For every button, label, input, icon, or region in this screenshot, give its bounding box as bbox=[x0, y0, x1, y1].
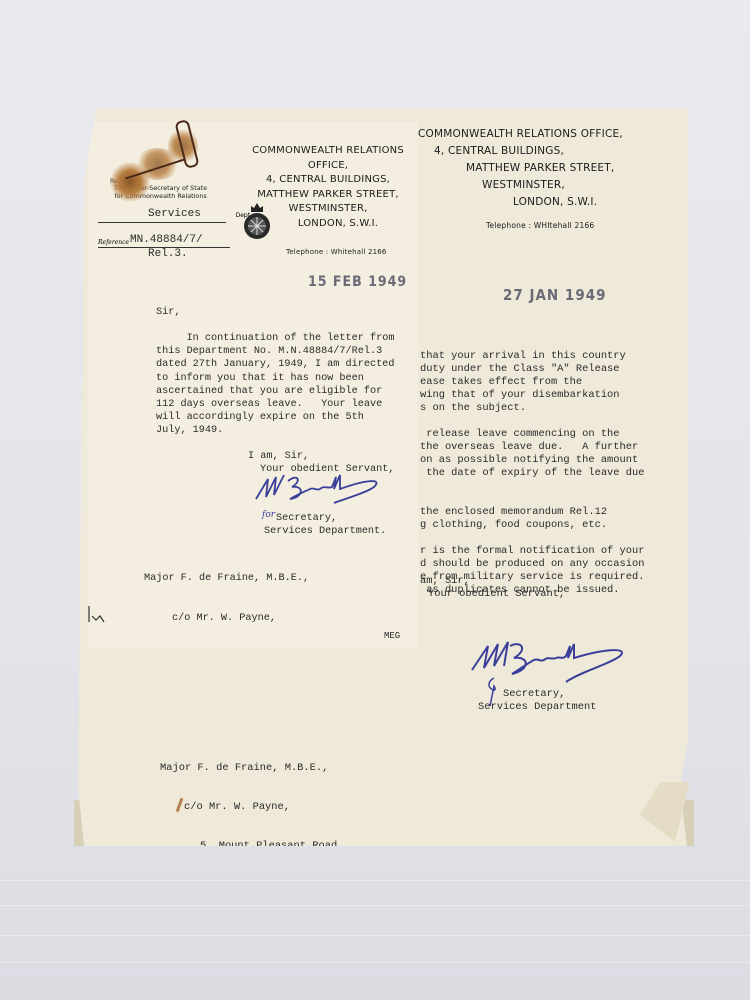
sign-department: Services Department. bbox=[264, 525, 386, 538]
front-letter: Reply to The Under-Secretary of State fo… bbox=[88, 122, 418, 648]
body-line bbox=[420, 480, 644, 493]
typist-initials: MEG bbox=[384, 630, 400, 643]
address-line: 5, Mount Pleasant Road, bbox=[160, 840, 343, 853]
body-line: dated 27th January, 1949, I am directed bbox=[156, 358, 394, 371]
body-line: the overseas leave due. A further bbox=[420, 441, 644, 454]
address-line: c/o Mr. W. Payne, bbox=[88, 612, 333, 625]
dept-value: Services bbox=[148, 208, 201, 221]
letterhead-line: 4, CENTRAL BUILDINGS, bbox=[418, 143, 668, 160]
sign-role: Secretary, bbox=[276, 512, 337, 525]
dept-field: Services Dept. bbox=[98, 210, 226, 223]
body-line: the date of expiry of the leave due bbox=[420, 467, 644, 480]
letterhead-line: WESTMINSTER, bbox=[238, 202, 418, 217]
address-line: Major F. de Fraine, M.B.E., bbox=[88, 572, 333, 585]
body-line: duty under the Class "A" Release bbox=[420, 363, 644, 376]
address-line: c/o Mr. W. Payne, bbox=[160, 801, 343, 814]
date-stamp: 15 FEB 1949 bbox=[308, 274, 407, 290]
back-letter-body: that your arrival in this countryduty un… bbox=[420, 350, 644, 597]
body-line: on as possible notifying the amount bbox=[420, 454, 644, 467]
body-line: g clothing, food coupons, etc. bbox=[420, 519, 644, 532]
back-letterhead: COMMONWEALTH RELATIONS OFFICE, 4, CENTRA… bbox=[418, 126, 668, 234]
reference-field: Reference MN.48884/7/ bbox=[98, 236, 230, 248]
telephone: Telephone : Whitehall 2166 bbox=[286, 248, 387, 256]
body-line: the enclosed memorandum Rel.12 bbox=[420, 506, 644, 519]
letterhead-line: COMMONWEALTH RELATIONS bbox=[238, 144, 418, 159]
sign-department: Services Department bbox=[478, 701, 596, 714]
telephone: Telephone : WHItehall 2166 bbox=[418, 217, 668, 234]
reference-label: Reference bbox=[98, 239, 129, 246]
letterhead-line: OFFICE, bbox=[238, 159, 418, 174]
closing-line: I am, Sir, bbox=[248, 450, 309, 463]
body-line bbox=[420, 415, 644, 428]
for-mark: for bbox=[262, 510, 275, 520]
body-line: 112 days overseas leave. Your leave bbox=[156, 398, 394, 411]
letterhead-line: WESTMINSTER, bbox=[418, 177, 668, 194]
body-line: release leave commencing on the bbox=[420, 428, 644, 441]
body-line: that your arrival in this country bbox=[420, 350, 644, 363]
body-line: to inform you that it has now been bbox=[156, 372, 394, 385]
body-line bbox=[420, 493, 644, 506]
reference-value: MN.48884/7/ bbox=[130, 234, 203, 247]
back-address: Major F. de Fraine, M.B.E., c/o Mr. W. P… bbox=[160, 736, 343, 957]
reference-value-2: Rel.3. bbox=[148, 248, 188, 261]
body-line: wing that of your disembarkation bbox=[420, 389, 644, 402]
letterhead-line: MATTHEW PARKER STREET, bbox=[238, 188, 418, 203]
sign-role: Secretary, bbox=[503, 688, 565, 701]
body-line: this Department No. M.N.48884/7/Rel.3 bbox=[156, 345, 394, 358]
body-line bbox=[420, 532, 644, 545]
front-letter-body: In continuation of the letter fromthis D… bbox=[156, 332, 394, 438]
body-line: d should be produced on any occasion bbox=[420, 558, 644, 571]
salutation: Sir, bbox=[156, 306, 180, 319]
body-line: s on the subject. bbox=[420, 402, 644, 415]
front-letterhead: COMMONWEALTH RELATIONS OFFICE, 4, CENTRA… bbox=[238, 144, 418, 231]
body-line: r is the formal notification of your bbox=[420, 545, 644, 558]
closing-line: Your obedient Servant, bbox=[428, 588, 565, 601]
address-line: Major F. de Fraine, M.B.E., bbox=[160, 762, 343, 775]
letterhead-line: LONDON, S.W.I. bbox=[418, 194, 668, 211]
signature bbox=[254, 467, 384, 512]
letterhead-line: 4, CENTRAL BUILDINGS, bbox=[238, 173, 418, 188]
letterhead-line: LONDON, S.W.I. bbox=[238, 217, 418, 232]
body-line: ease takes effect from the bbox=[420, 376, 644, 389]
body-line: ascertained that you are eligible for bbox=[156, 385, 394, 398]
body-line: July, 1949. bbox=[156, 424, 394, 437]
letterhead-line: MATTHEW PARKER STREET, bbox=[418, 160, 668, 177]
date-stamp: 27 JAN 1949 bbox=[503, 286, 606, 304]
body-line: In continuation of the letter from bbox=[156, 332, 394, 345]
body-line: will accordingly expire on the 5th bbox=[156, 411, 394, 424]
letterhead-line: COMMONWEALTH RELATIONS OFFICE, bbox=[418, 126, 668, 143]
address-line: Kent. bbox=[160, 918, 343, 931]
closing-line: am, Sir, bbox=[420, 575, 470, 588]
